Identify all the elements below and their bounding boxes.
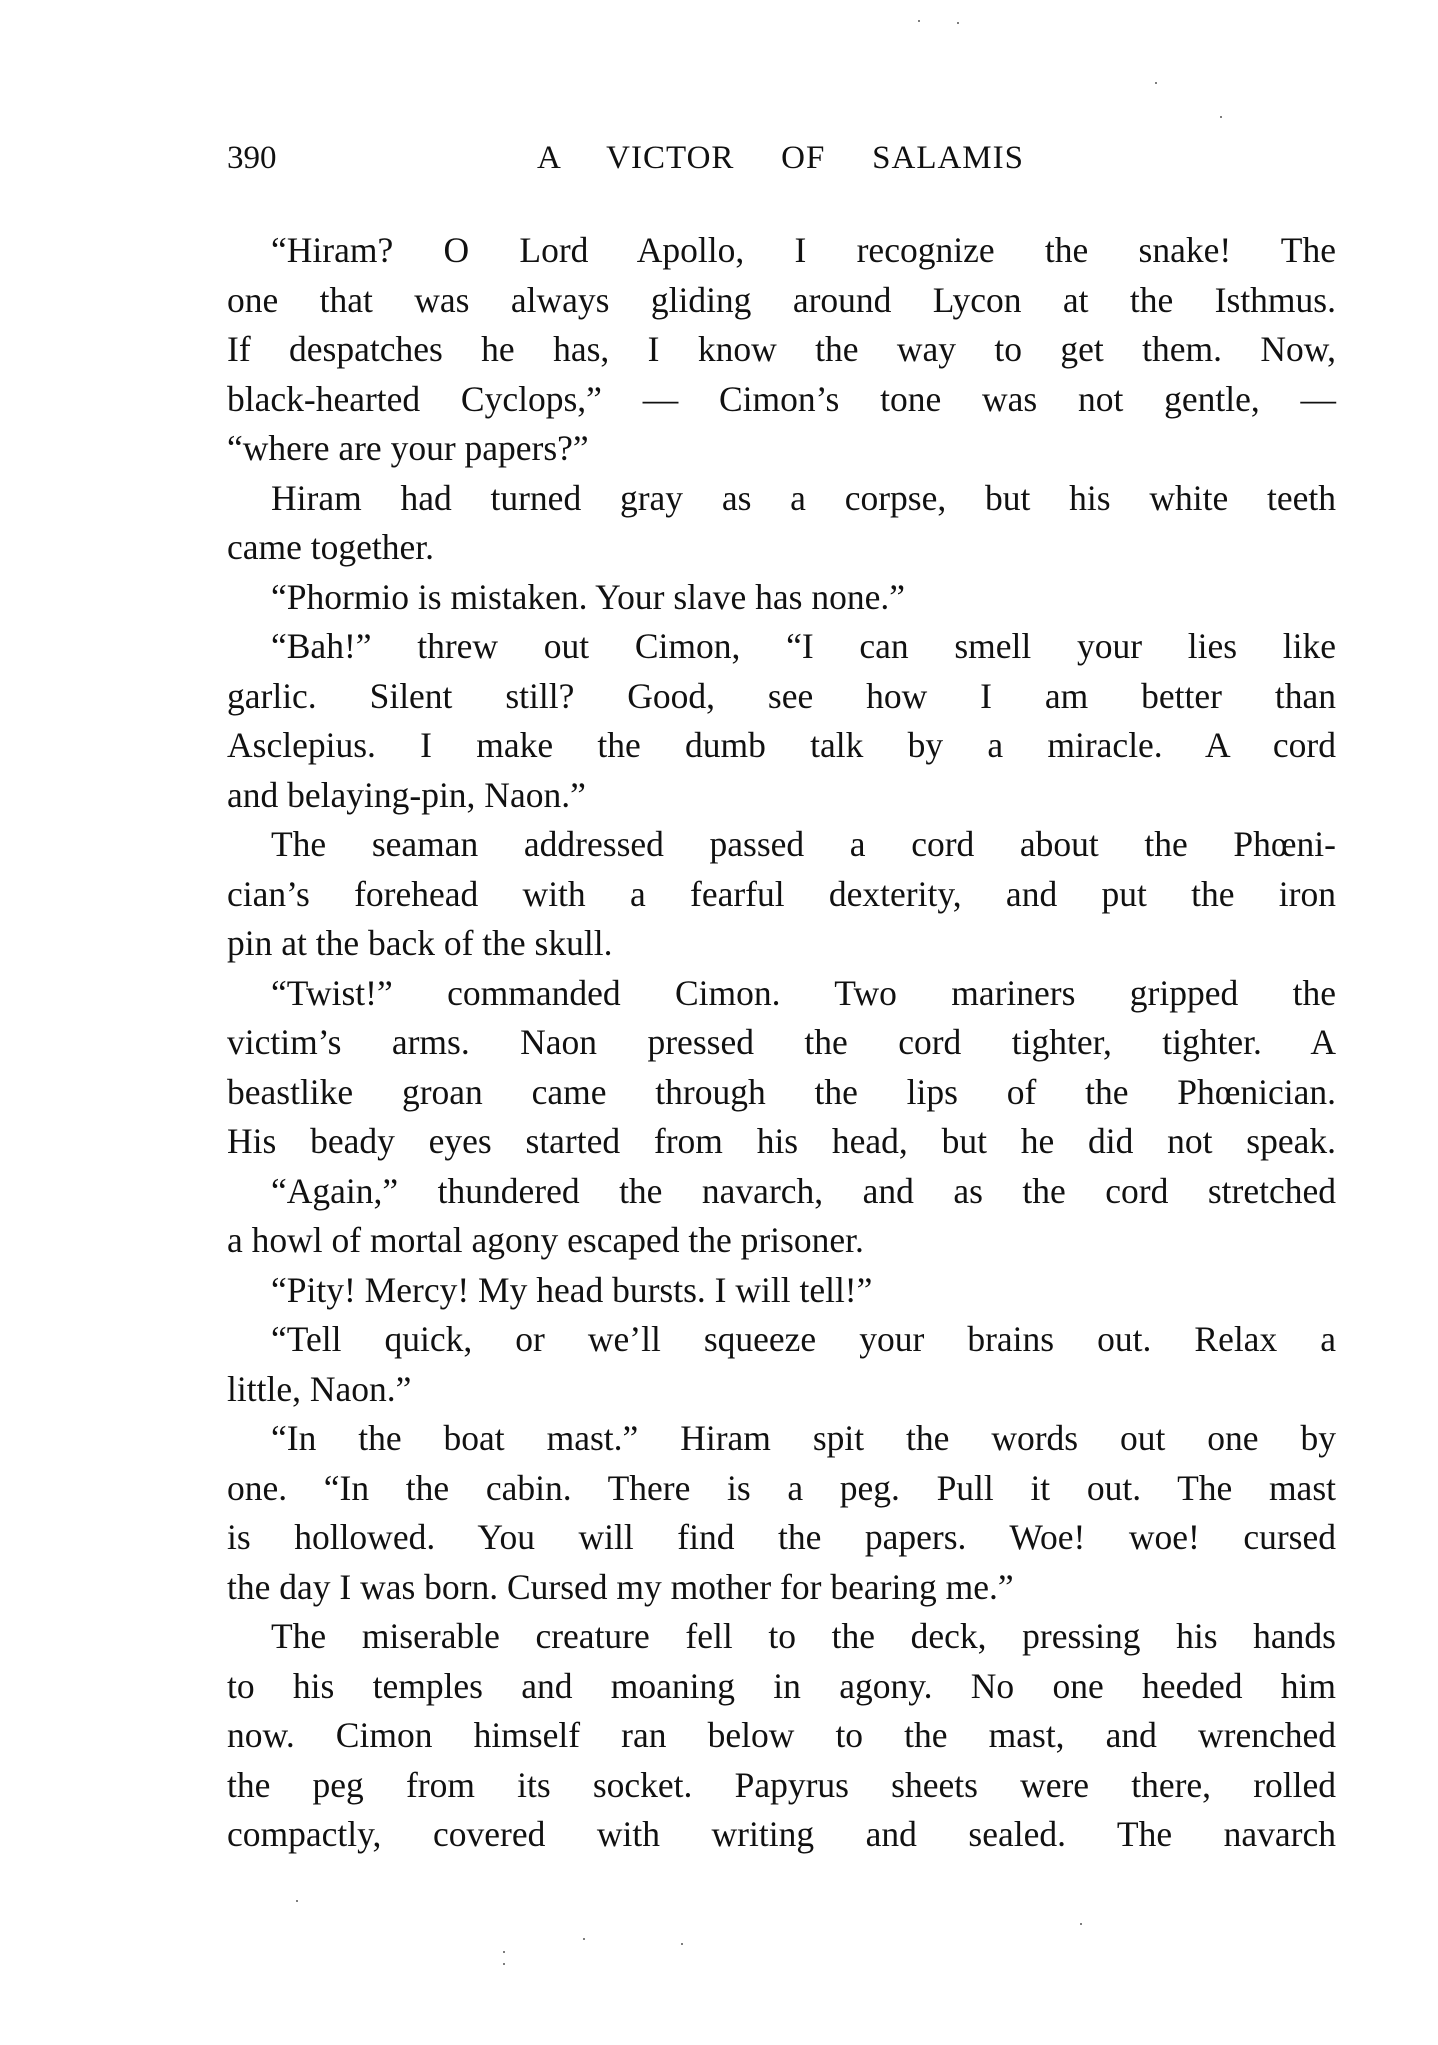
text-line: to his temples and moaning in agony. No … — [227, 1662, 1336, 1712]
body-text: “Hiram? O Lord Apollo, I recognize the s… — [227, 226, 1336, 1860]
text-line: The seaman addressed passed a cord about… — [227, 820, 1336, 870]
text-line: “Pity! Mercy! My head bursts. I will tel… — [227, 1266, 1336, 1316]
text-line: compactly, covered with writing and seal… — [227, 1810, 1336, 1860]
text-line: one that was always gliding around Lycon… — [227, 276, 1336, 326]
text-line: His beady eyes started from his head, bu… — [227, 1117, 1336, 1167]
scan-speck — [1080, 1923, 1082, 1925]
text-line: black-hearted Cyclops,” — Cimon’s tone w… — [227, 375, 1336, 425]
scan-speck — [918, 20, 920, 22]
text-line: The miserable creature fell to the deck,… — [227, 1612, 1336, 1662]
text-line: “Again,” thundered the navarch, and as t… — [227, 1167, 1336, 1217]
text-line: garlic. Silent still? Good, see how I am… — [227, 672, 1336, 722]
text-line: “Phormio is mistaken. Your slave has non… — [227, 573, 1336, 623]
text-line: the peg from its socket. Papyrus sheets … — [227, 1761, 1336, 1811]
text-line: one. “In the cabin. There is a peg. Pull… — [227, 1464, 1336, 1514]
scan-speck — [957, 22, 959, 24]
text-line: “where are your papers?” — [227, 424, 1336, 474]
text-line: “Twist!” commanded Cimon. Two mariners g… — [227, 969, 1336, 1019]
running-title: A VICTOR OF SALAMIS — [537, 136, 1024, 180]
text-line: “Bah!” threw out Cimon, “I can smell you… — [227, 622, 1336, 672]
text-line: “Tell quick, or we’ll squeeze your brain… — [227, 1315, 1336, 1365]
text-line: “Hiram? O Lord Apollo, I recognize the s… — [227, 226, 1336, 276]
text-line: is hollowed. You will find the papers. W… — [227, 1513, 1336, 1563]
text-line: came together. — [227, 523, 1336, 573]
text-line: victim’s arms. Naon pressed the cord tig… — [227, 1018, 1336, 1068]
scan-speck — [583, 1938, 585, 1940]
scan-speck — [503, 1951, 505, 1953]
scan-speck — [296, 1900, 298, 1902]
text-line: now. Cimon himself ran below to the mast… — [227, 1711, 1336, 1761]
scan-speck — [681, 1943, 683, 1945]
text-line: and belaying-pin, Naon.” — [227, 771, 1336, 821]
scan-speck — [1220, 116, 1222, 118]
text-line: “In the boat mast.” Hiram spit the words… — [227, 1414, 1336, 1464]
book-page: 390 A VICTOR OF SALAMIS “Hiram? O Lord A… — [0, 0, 1438, 2045]
text-line: the day I was born. Cursed my mother for… — [227, 1563, 1336, 1613]
running-head: 390 A VICTOR OF SALAMIS — [227, 136, 1336, 180]
scan-speck — [503, 1963, 505, 1965]
text-line: beastlike groan came through the lips of… — [227, 1068, 1336, 1118]
text-line: a howl of mortal agony escaped the priso… — [227, 1216, 1336, 1266]
text-line: Asclepius. I make the dumb talk by a mir… — [227, 721, 1336, 771]
page-number: 390 — [227, 136, 277, 180]
text-line: little, Naon.” — [227, 1365, 1336, 1415]
text-line: Hiram had turned gray as a corpse, but h… — [227, 474, 1336, 524]
text-line: If despatches he has, I know the way to … — [227, 325, 1336, 375]
text-line: cian’s forehead with a fearful dexterity… — [227, 870, 1336, 920]
text-line: pin at the back of the skull. — [227, 919, 1336, 969]
scan-speck — [1155, 82, 1157, 84]
